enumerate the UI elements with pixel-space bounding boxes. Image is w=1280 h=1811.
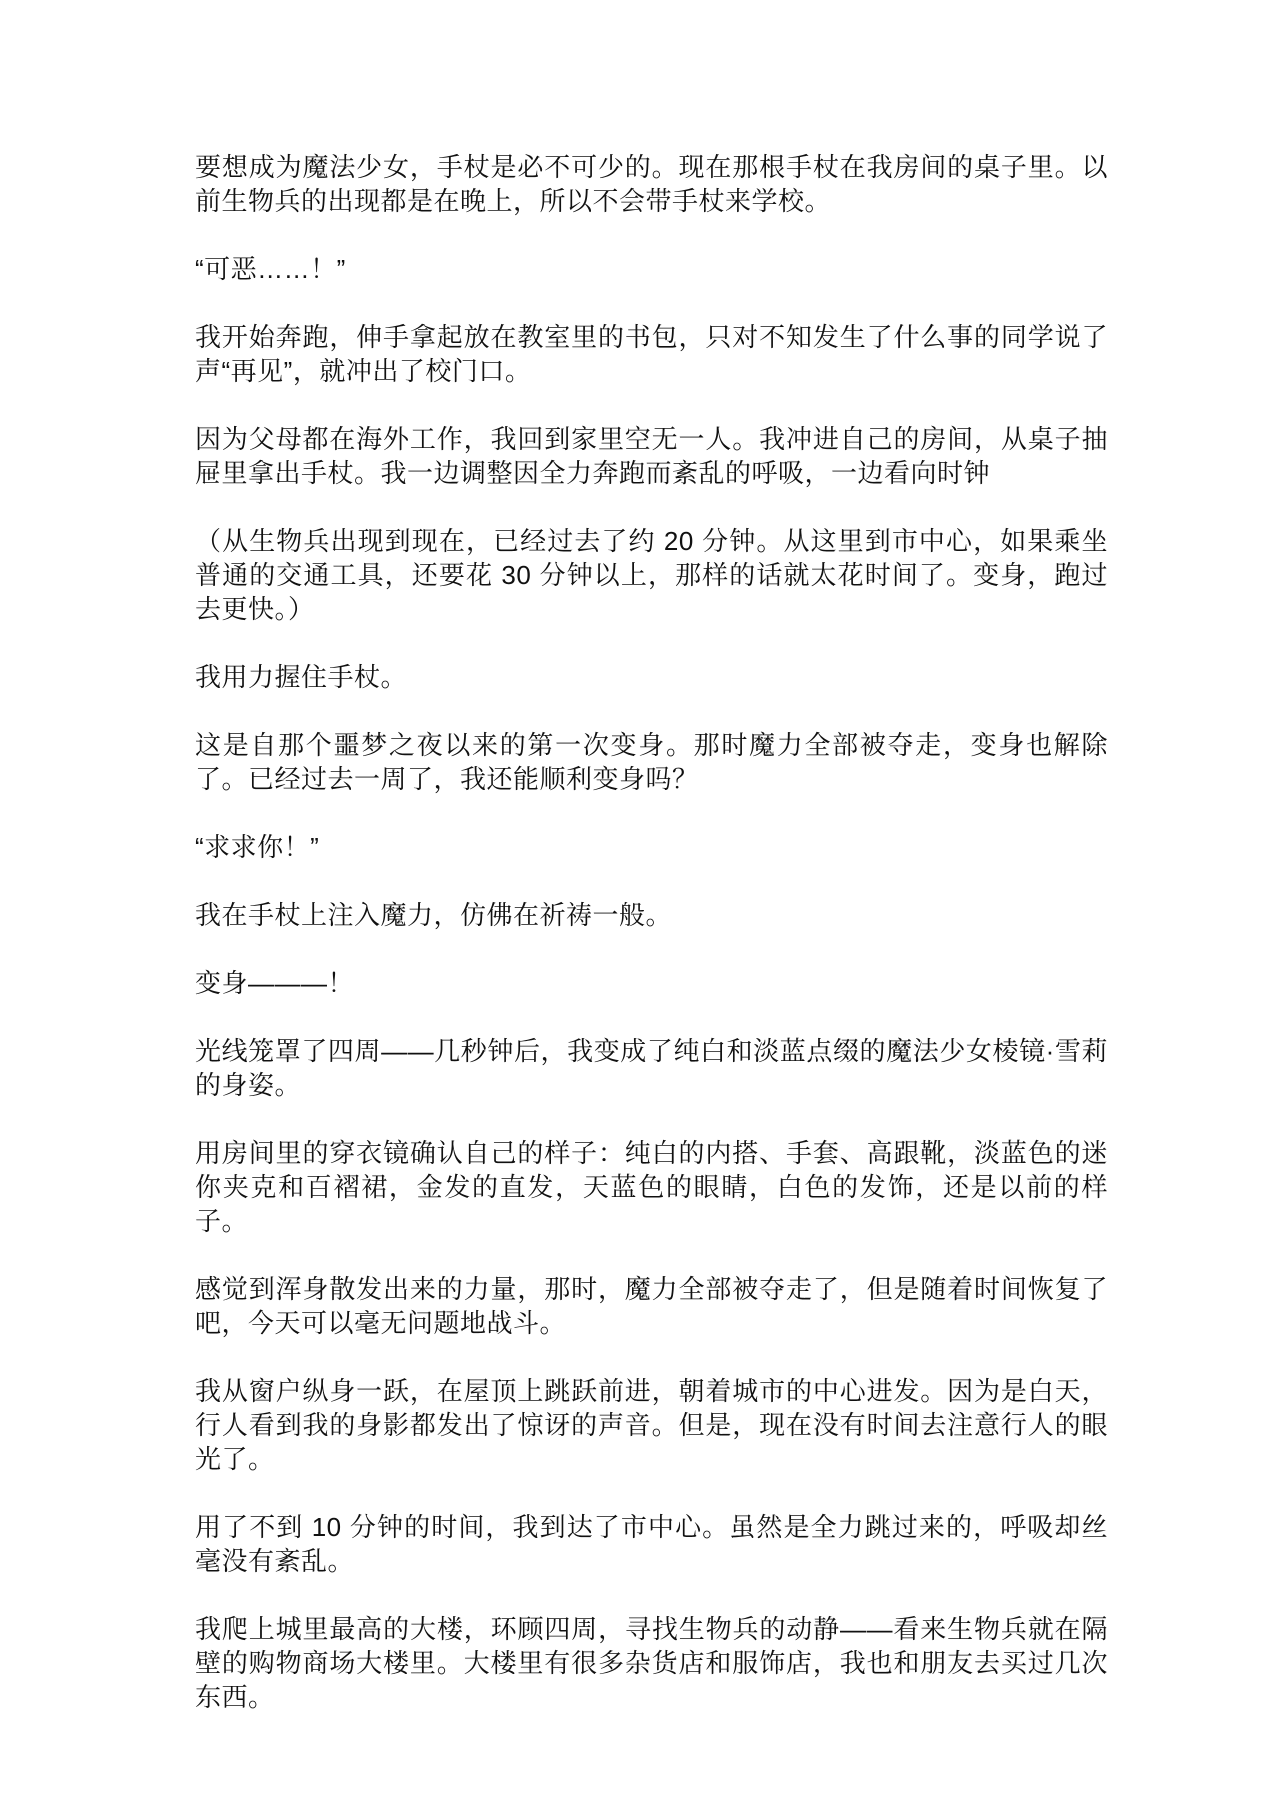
paragraph: 光线笼罩了四周——几秒钟后，我变成了纯白和淡蓝点缀的魔法少女棱镜·雪莉的身姿。 (195, 1034, 1108, 1102)
paragraph: （从生物兵出现到现在，已经过去了约 20 分钟。从这里到市中心，如果乘坐普通的交… (195, 524, 1108, 626)
paragraph: 我爬上城里最高的大楼，环顾四周，寻找生物兵的动静——看来生物兵就在隔壁的购物商场… (195, 1612, 1108, 1714)
paragraph: 用房间里的穿衣镜确认自己的样子：纯白的内搭、手套、高跟靴，淡蓝色的迷你夹克和百褶… (195, 1136, 1108, 1238)
paragraph: 用了不到 10 分钟的时间，我到达了市中心。虽然是全力跳过来的，呼吸却丝毫没有紊… (195, 1510, 1108, 1578)
paragraph: “可恶……！” (195, 252, 1108, 286)
paragraph: 因为父母都在海外工作，我回到家里空无一人。我冲进自己的房间，从桌子抽屉里拿出手杖… (195, 422, 1108, 490)
paragraph: 感觉到浑身散发出来的力量，那时，魔力全部被夺走了，但是随着时间恢复了吧，今天可以… (195, 1272, 1108, 1340)
paragraph: 我从窗户纵身一跃，在屋顶上跳跃前进，朝着城市的中心进发。因为是白天，行人看到我的… (195, 1374, 1108, 1476)
paragraph: 我开始奔跑，伸手拿起放在教室里的书包，只对不知发生了什么事的同学说了声“再见”，… (195, 320, 1108, 388)
paragraph: 我用力握住手杖。 (195, 660, 1108, 694)
paragraph: 这是自那个噩梦之夜以来的第一次变身。那时魔力全部被夺走，变身也解除了。已经过去一… (195, 728, 1108, 796)
paragraph: “求求你！” (195, 830, 1108, 864)
paragraph: 变身———！ (195, 966, 1108, 1000)
paragraph: 要想成为魔法少女，手杖是必不可少的。现在那根手杖在我房间的桌子里。以前生物兵的出… (195, 150, 1108, 218)
document-page: 要想成为魔法少女，手杖是必不可少的。现在那根手杖在我房间的桌子里。以前生物兵的出… (0, 0, 1280, 1811)
paragraph: 我在手杖上注入魔力，仿佛在祈祷一般。 (195, 898, 1108, 932)
page-text: 要想成为魔法少女，手杖是必不可少的。现在那根手杖在我房间的桌子里。以前生物兵的出… (0, 0, 1280, 1714)
